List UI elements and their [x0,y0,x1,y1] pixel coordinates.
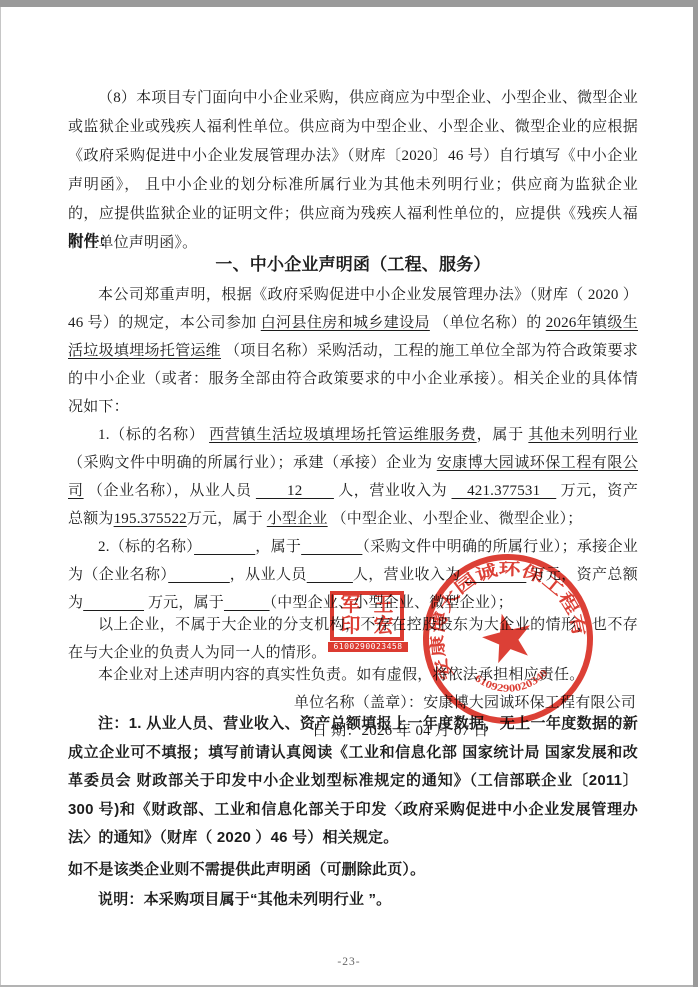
document-page: { "document": { "para8": "（8）本项目专门面向中小企业… [0,0,698,987]
filled-blank: 195.375522 [114,511,187,527]
seal-char: 印 [341,616,361,637]
page-number: -23- [0,956,698,968]
text-run: （企业名称），从业人员 [84,483,256,499]
seal-number: 6100290023458 [328,642,408,652]
note-3: 说明：本采购项目属于“其他未列明行业 ”。 [68,886,638,915]
notes-section: 注：1. 从业人员、营业收入、资产总额填报上一年度数据，无上一年度数据的新成立企… [68,710,638,914]
declaration-intro: 本公司郑重声明，根据《政府采购促进中小企业发展管理办法》（财库（ 2020 ）4… [68,281,638,421]
filled-blank [83,595,144,611]
note-2: 如不是该类企业则不需提供此声明函（可删除此页）。 [68,856,638,885]
seal-star-icon [478,608,537,666]
filled-blank: 小型企业 [267,511,328,527]
filled-blank: 白河县住房和城乡建设局 [261,315,430,331]
declaration-item-1: 1.（标的名称） 西营镇生活垃圾填埋场托管运维服务费，属于 其他未列明行业 （采… [68,421,638,533]
text-run: （中型企业、小型企业、微型企业）； [328,511,583,527]
filled-blank [194,539,255,555]
text-run: 2.（标的名称） [98,539,194,555]
filled-blank: 西营镇生活垃圾填埋场托管运维服务费 [209,427,477,443]
filled-blank [168,567,230,583]
filled-blank [224,595,270,611]
personal-name-seal: 军 王 印 宏 6100290023458 [328,591,412,652]
page-edge-left [0,7,1,985]
note-1: 注：1. 从业人员、营业收入、资产总额填报上一年度数据，无上一年度数据的新成立企… [68,710,638,853]
page-edge-right [693,7,698,987]
text-run: 万元，属于 [144,595,224,611]
filled-blank: 12 [256,483,334,499]
seal-char: 宏 [374,616,394,637]
filled-blank [307,567,353,583]
text-run: ，属于 [255,539,301,555]
filled-blank: 其他未列明行业 [528,427,638,443]
text-run: （采购文件中明确的所属行业）；承建（承接）企业为 [68,455,437,471]
text-run: ，属于 [477,427,529,443]
filled-blank: 421.377531 [452,483,557,499]
seal-characters: 军 王 印 宏 [330,591,404,641]
document-title: 一、中小企业声明函（工程、服务） [68,251,638,279]
filled-blank [301,539,362,555]
text-run: （单位名称）的 [430,315,546,331]
seal-code-text: 6109290020340 [470,656,552,704]
text-run: ，从业人员 [230,567,307,583]
text-run: 万元，属于 [187,511,267,527]
seal-char: 王 [374,595,394,616]
seal-char: 军 [341,595,361,616]
page-edge-top [0,0,698,7]
text-run: 人，营业收入为 [334,483,452,499]
text-run: 1.（标的名称） [98,427,209,443]
